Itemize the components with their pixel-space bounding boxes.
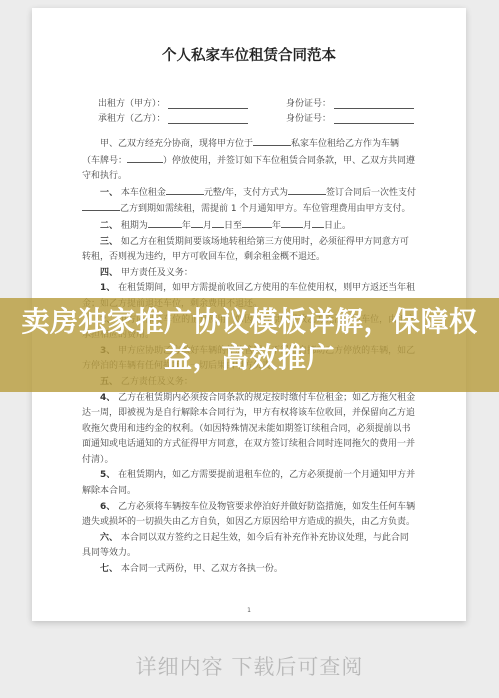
lessee-id-row: 身份证号：: [286, 111, 414, 124]
item-5: 5、 在租赁期内，如乙方需要提前退租车位的，乙方必须提前一个月通知甲方并解除本合…: [82, 468, 417, 499]
clause-2: 二、 租期为年月日至年月日止。: [82, 218, 417, 235]
lessee-id-label: 身份证号：: [286, 114, 331, 124]
lessor-id-label: 身份证号：: [286, 99, 331, 109]
clause-3: 三、 如乙方在租赁期间要该场地转租给第三方使用时，必须征得甲方同意方可转租，否则…: [82, 235, 417, 266]
clause-6: 六、 本合同以双方签约之日起生效，如今后有补充作补充协议处理，与此合同具同等效力…: [82, 531, 417, 562]
document-title: 个人私家车位租赁合同范本: [32, 44, 466, 65]
lessee-label: 承租方（乙方）：: [98, 114, 166, 124]
lessor-blank: [168, 99, 248, 109]
lessor-label: 出租方（甲方）：: [98, 99, 166, 109]
clause-1: 一、 本车位租金元整/年，支付方式为签订合同后一次性支付乙方到期如需续租，需提前…: [82, 185, 417, 218]
lessee-blank: [168, 114, 248, 124]
lessor-row: 出租方（甲方）：: [98, 96, 248, 109]
item-6: 6、 乙方必须将车辆按车位及物管要求停泊好并做好防盗措施，如发生任何车辆遗失或损…: [82, 500, 417, 531]
download-hint[interactable]: 详细内容 下载后可查阅: [0, 651, 499, 681]
banner-title: 卖房独家推广协议模板详解，保障权益，高效推广: [0, 304, 499, 376]
lessee-id-blank: [334, 114, 414, 124]
item-4: 4、 乙方在租赁期内必须按合同条款的规定按时缴付车位租金；如乙方拖欠租金达一周，…: [82, 391, 417, 469]
intro-paragraph: 甲、乙双方经充分协商，现将甲方位于私家车位租给乙方作为车辆（车牌号：）停放使用，…: [82, 136, 417, 185]
lessee-row: 承租方（乙方）：: [98, 111, 248, 124]
clause-4-heading: 四、 甲方责任及义务：: [82, 266, 417, 282]
lessor-id-row: 身份证号：: [286, 96, 414, 109]
clause-7: 七、 本合同一式两份，甲、乙双方各执一份。: [82, 562, 417, 578]
page-number: 1: [32, 607, 466, 614]
lessor-id-blank: [334, 99, 414, 109]
